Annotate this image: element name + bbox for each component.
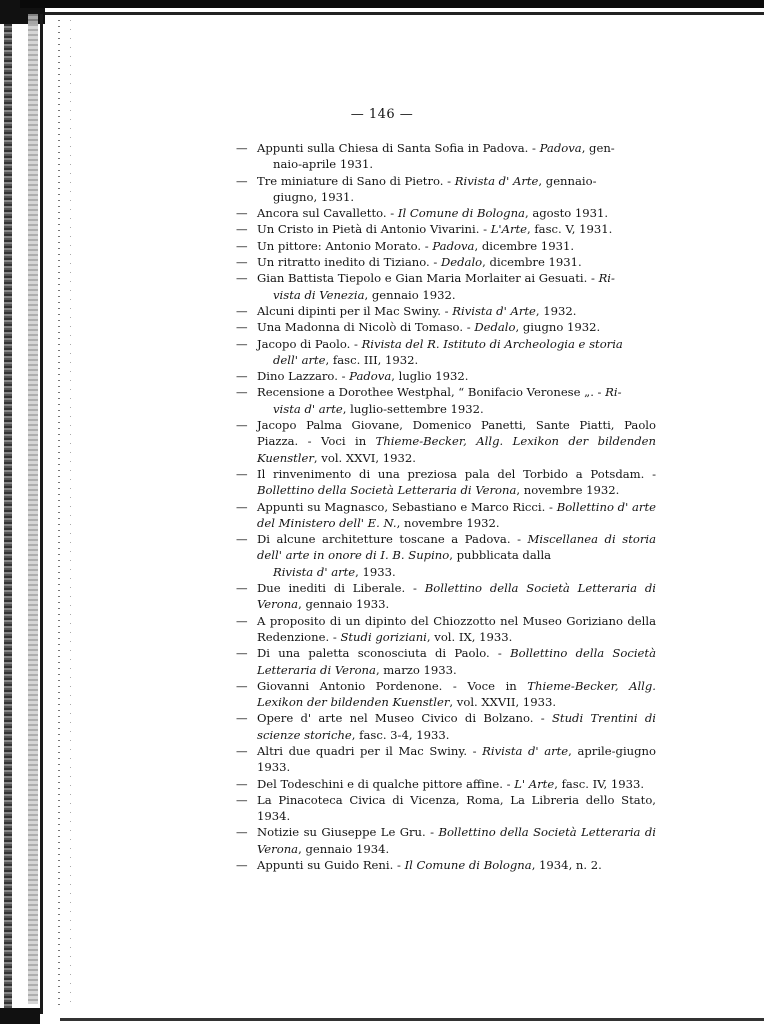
entry-title: Recensione a Dorothee Westphal, “ Bonifa…	[257, 385, 605, 399]
bibliography-entry: — La Pinacoteca Civica di Vicenza, Roma,…	[236, 792, 656, 825]
scan-corner-bottom	[0, 1008, 40, 1024]
entry-details: , marzo 1933.	[376, 663, 457, 677]
entry-dash: —	[236, 336, 248, 352]
entry-details: , novembre 1932.	[397, 516, 500, 530]
bibliography-entry: — Del Todeschini e di qualche pittore af…	[236, 776, 656, 792]
entry-publication: Rivista d' Arte	[455, 174, 539, 188]
bibliography-entry: — Un pittore: Antonio Morato. - Padova, …	[236, 238, 656, 254]
bibliography-entry: — Altri due quadri per il Mac Swiny. - R…	[236, 743, 656, 776]
bibliography-entry: — Dino Lazzaro. - Padova, luglio 1932.	[236, 368, 656, 384]
entry-dash: —	[236, 824, 248, 840]
bibliography-entry: — Il rinvenimento di una preziosa pala d…	[236, 466, 656, 499]
entry-continuation: vista d' arte, luglio-settembre 1932.	[257, 401, 656, 417]
entry-publication: Padova	[349, 369, 391, 383]
entry-continuation-publication: Rivista d' arte	[273, 565, 355, 579]
bibliography-entry: — A proposito di un dipinto del Chiozzot…	[236, 613, 656, 646]
entry-details: , vol. IX, 1933.	[427, 630, 512, 644]
entry-continuation-details: giugno, 1931.	[273, 190, 354, 204]
bibliography-entry: — Di una paletta sconosciuta di Paolo. -…	[236, 645, 656, 678]
entry-details: , fasc. V, 1931.	[527, 222, 612, 236]
entry-title: Due inediti di Liberale. -	[257, 581, 425, 595]
entry-title: Un Cristo in Pietà di Antonio Vivarini. …	[257, 222, 491, 236]
entry-dash: —	[236, 776, 248, 792]
entry-continuation-publication: vista d' arte	[273, 402, 343, 416]
bibliography-entry: — Di alcune architetture toscane a Padov…	[236, 531, 656, 580]
bibliography-entry: — Appunti sulla Chiesa di Santa Sofia in…	[236, 140, 656, 173]
scan-edge-bottom	[60, 1018, 764, 1021]
entry-title: Alcuni dipinti per il Mac Swiny. -	[257, 304, 452, 318]
entry-continuation: Rivista d' arte, 1933.	[257, 564, 656, 580]
entry-details: , gennaio-	[538, 174, 596, 188]
bibliography-entry: — Jacopo Palma Giovane, Domenico Panetti…	[236, 417, 656, 466]
scan-edge-top	[20, 0, 764, 8]
entry-details: , agosto 1931.	[525, 206, 608, 220]
entry-dash: —	[236, 678, 248, 694]
entry-details: , dicembre 1931.	[482, 255, 582, 269]
entry-title: Appunti su Guido Reni. -	[257, 858, 405, 872]
entry-title: Di alcune architetture toscane a Padova.…	[257, 532, 528, 546]
entry-title: Un pittore: Antonio Morato. -	[257, 239, 432, 253]
entry-publication: Il Comune di Bologna	[405, 858, 532, 872]
entry-dash: —	[236, 613, 248, 629]
entry-details: , vol. XXVII, 1933.	[449, 695, 556, 709]
entry-dash: —	[236, 384, 248, 400]
bibliography-entry: — Opere d' arte nel Museo Civico di Bolz…	[236, 710, 656, 743]
entry-title: Gian Battista Tiepolo e Gian Maria Morla…	[257, 271, 599, 285]
entry-continuation-details: , luglio-settembre 1932.	[343, 402, 484, 416]
entry-title: Un ritratto inedito di Tiziano. -	[257, 255, 441, 269]
page-number: — 146 —	[0, 107, 764, 122]
scan-rule-top	[45, 12, 764, 15]
entry-publication: Ri-	[605, 385, 621, 399]
entry-title: Jacopo di Paolo. -	[257, 337, 362, 351]
bibliography-entry: — Gian Battista Tiepolo e Gian Maria Mor…	[236, 270, 656, 303]
entry-dash: —	[236, 221, 248, 237]
entry-title: Di una paletta sconosciuta di Paolo. -	[257, 646, 510, 660]
entry-title: Ancora sul Cavalletto. -	[257, 206, 398, 220]
bibliography-entry: — Due inediti di Liberale. - Bollettino …	[236, 580, 656, 613]
entry-publication: Dedalo	[474, 320, 515, 334]
bibliography-entry: — Giovanni Antonio Pordenone. - Voce in …	[236, 678, 656, 711]
entry-title: Appunti sulla Chiesa di Santa Sofia in P…	[257, 141, 540, 155]
entry-publication: Studi goriziani	[340, 630, 426, 644]
entry-dash: —	[236, 254, 248, 270]
entry-continuation-publication: dell' arte	[273, 353, 326, 367]
entry-continuation-publication: vista di Venezia	[273, 288, 365, 302]
entry-details: , vol. XXVI, 1932.	[314, 451, 416, 465]
entry-details: , giugno 1932.	[516, 320, 601, 334]
entry-continuation-details: , 1933.	[355, 565, 396, 579]
bibliography-entry: — Tre miniature di Sano di Pietro. - Riv…	[236, 173, 656, 206]
entry-details: , dicembre 1931.	[474, 239, 574, 253]
entry-dash: —	[236, 417, 248, 433]
entry-publication: Padova	[432, 239, 474, 253]
book-spine-edge	[40, 14, 43, 1014]
entry-continuation: naio-aprile 1931.	[257, 156, 656, 172]
entry-dash: —	[236, 173, 248, 189]
entry-dash: —	[236, 270, 248, 286]
entry-dash: —	[236, 580, 248, 596]
bibliography-entry: — Una Madonna di Nicolò di Tomaso. - Ded…	[236, 319, 656, 335]
entry-details: , gennaio 1934.	[298, 842, 389, 856]
entry-details: , 1934, n. 2.	[532, 858, 602, 872]
entry-continuation: dell' arte, fasc. III, 1932.	[257, 352, 656, 368]
entry-dash: —	[236, 319, 248, 335]
entry-title: Dino Lazzaro. -	[257, 369, 349, 383]
entry-publication: Il Comune di Bologna	[398, 206, 525, 220]
entry-continuation-details: , fasc. III, 1932.	[326, 353, 419, 367]
bibliography-entry: — Un Cristo in Pietà di Antonio Vivarini…	[236, 221, 656, 237]
entry-dash: —	[236, 743, 248, 759]
entry-dash: —	[236, 531, 248, 547]
book-spine-shadow	[4, 24, 12, 1024]
bibliography-list: — Appunti sulla Chiesa di Santa Sofia in…	[236, 140, 656, 873]
entry-dash: —	[236, 205, 248, 221]
entry-title: Opere d' arte nel Museo Civico di Bolzan…	[257, 711, 552, 725]
bibliography-entry: — Recensione a Dorothee Westphal, “ Boni…	[236, 384, 656, 417]
entry-publication: Bollettino della Società Letteraria di V…	[257, 483, 516, 497]
entry-publication: Padova	[540, 141, 582, 155]
entry-dash: —	[236, 792, 248, 808]
entry-details: , 1932.	[536, 304, 577, 318]
entry-details: , fasc. 3-4, 1933.	[352, 728, 450, 742]
entry-publication: Ri-	[599, 271, 615, 285]
entry-title: Notizie su Giuseppe Le Gru. -	[257, 825, 438, 839]
entry-dash: —	[236, 368, 248, 384]
entry-details: , gennaio 1933.	[298, 597, 389, 611]
entry-details: , novembre 1932.	[516, 483, 619, 497]
entry-details: , pubblicata dalla	[449, 548, 551, 562]
entry-dash: —	[236, 710, 248, 726]
entry-title: Il rinvenimento di una preziosa pala del…	[257, 467, 656, 481]
entry-dash: —	[236, 499, 248, 515]
bibliography-entry: — Appunti su Guido Reni. - Il Comune di …	[236, 857, 656, 873]
entry-publication: L'Arte	[491, 222, 527, 236]
entry-continuation-details: , gennaio 1932.	[365, 288, 456, 302]
entry-title: Del Todeschini e di qualche pittore affi…	[257, 777, 514, 791]
bibliography-entry: — Jacopo di Paolo. - Rivista del R. Isti…	[236, 336, 656, 369]
entry-continuation: vista di Venezia, gennaio 1932.	[257, 287, 656, 303]
entry-title: Giovanni Antonio Pordenone. - Voce in	[257, 679, 527, 693]
entry-publication: Rivista del R. Istituto di Archeologia e…	[362, 337, 623, 351]
entry-details: , gen-	[582, 141, 615, 155]
entry-title: La Pinacoteca Civica di Vicenza, Roma, L…	[257, 793, 656, 823]
entry-publication: Rivista d' Arte	[452, 304, 536, 318]
entry-dash: —	[236, 466, 248, 482]
entry-dash: —	[236, 303, 248, 319]
entry-continuation: giugno, 1931.	[257, 189, 656, 205]
bibliography-entry: — Appunti su Magnasco, Sebastiano e Marc…	[236, 499, 656, 532]
bibliography-entry: — Alcuni dipinti per il Mac Swiny. - Riv…	[236, 303, 656, 319]
bibliography-entry: — Notizie su Giuseppe Le Gru. - Bolletti…	[236, 824, 656, 857]
entry-publication: Rivista d' arte	[482, 744, 568, 758]
scan-noise	[58, 20, 60, 1010]
entry-title: Una Madonna di Nicolò di Tomaso. -	[257, 320, 474, 334]
entry-publication: L' Arte	[514, 777, 554, 791]
entry-publication: Dedalo	[441, 255, 482, 269]
entry-continuation-details: naio-aprile 1931.	[273, 157, 373, 171]
entry-details: , luglio 1932.	[391, 369, 468, 383]
entry-dash: —	[236, 857, 248, 873]
book-spine-gutter	[28, 14, 38, 1004]
scan-noise	[70, 20, 71, 1010]
entry-title: Tre miniature di Sano di Pietro. -	[257, 174, 455, 188]
entry-title: Altri due quadri per il Mac Swiny. -	[257, 744, 482, 758]
entry-dash: —	[236, 238, 248, 254]
entry-dash: —	[236, 140, 248, 156]
entry-details: , fasc. IV, 1933.	[554, 777, 644, 791]
bibliography-entry: — Un ritratto inedito di Tiziano. - Deda…	[236, 254, 656, 270]
entry-title: Appunti su Magnasco, Sebastiano e Marco …	[257, 500, 557, 514]
bibliography-entry: — Ancora sul Cavalletto. - Il Comune di …	[236, 205, 656, 221]
entry-dash: —	[236, 645, 248, 661]
